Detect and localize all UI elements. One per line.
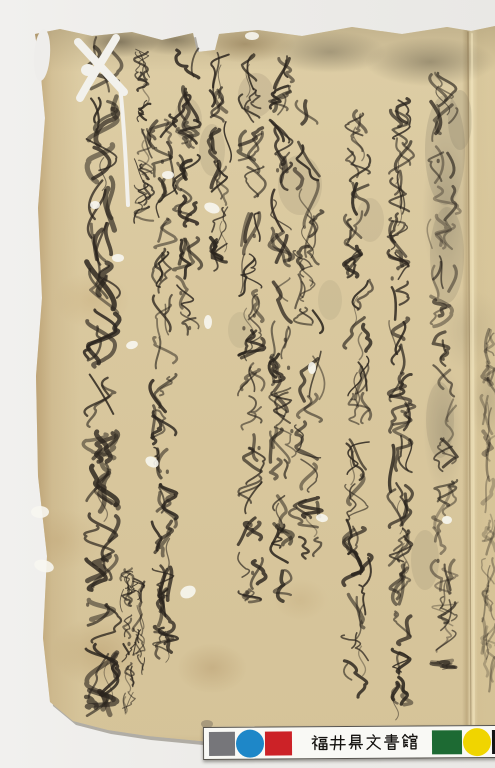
- color-calibration-bar: 福井県文書館: [203, 725, 495, 760]
- scan-background: 福井県文書館: [0, 0, 495, 768]
- calibration-yellow-circle: [463, 727, 491, 755]
- calibration-red-square: [265, 731, 292, 755]
- kanji-ken-glyph: [346, 734, 363, 751]
- kanji-fuku-glyph: [310, 734, 327, 751]
- archive-name-label: 福井県文書館: [309, 726, 419, 758]
- calibration-blue-circle: [236, 729, 264, 757]
- kanji-i-glyph: [328, 734, 345, 751]
- kanji-sho-glyph: [382, 734, 399, 751]
- kanji-bun-glyph: [364, 734, 381, 751]
- kanji-kan-glyph: [400, 734, 417, 751]
- calibration-gray-square: [209, 731, 235, 755]
- calibration-green-square: [432, 730, 462, 754]
- calligraphy-ink-layer: [0, 0, 495, 768]
